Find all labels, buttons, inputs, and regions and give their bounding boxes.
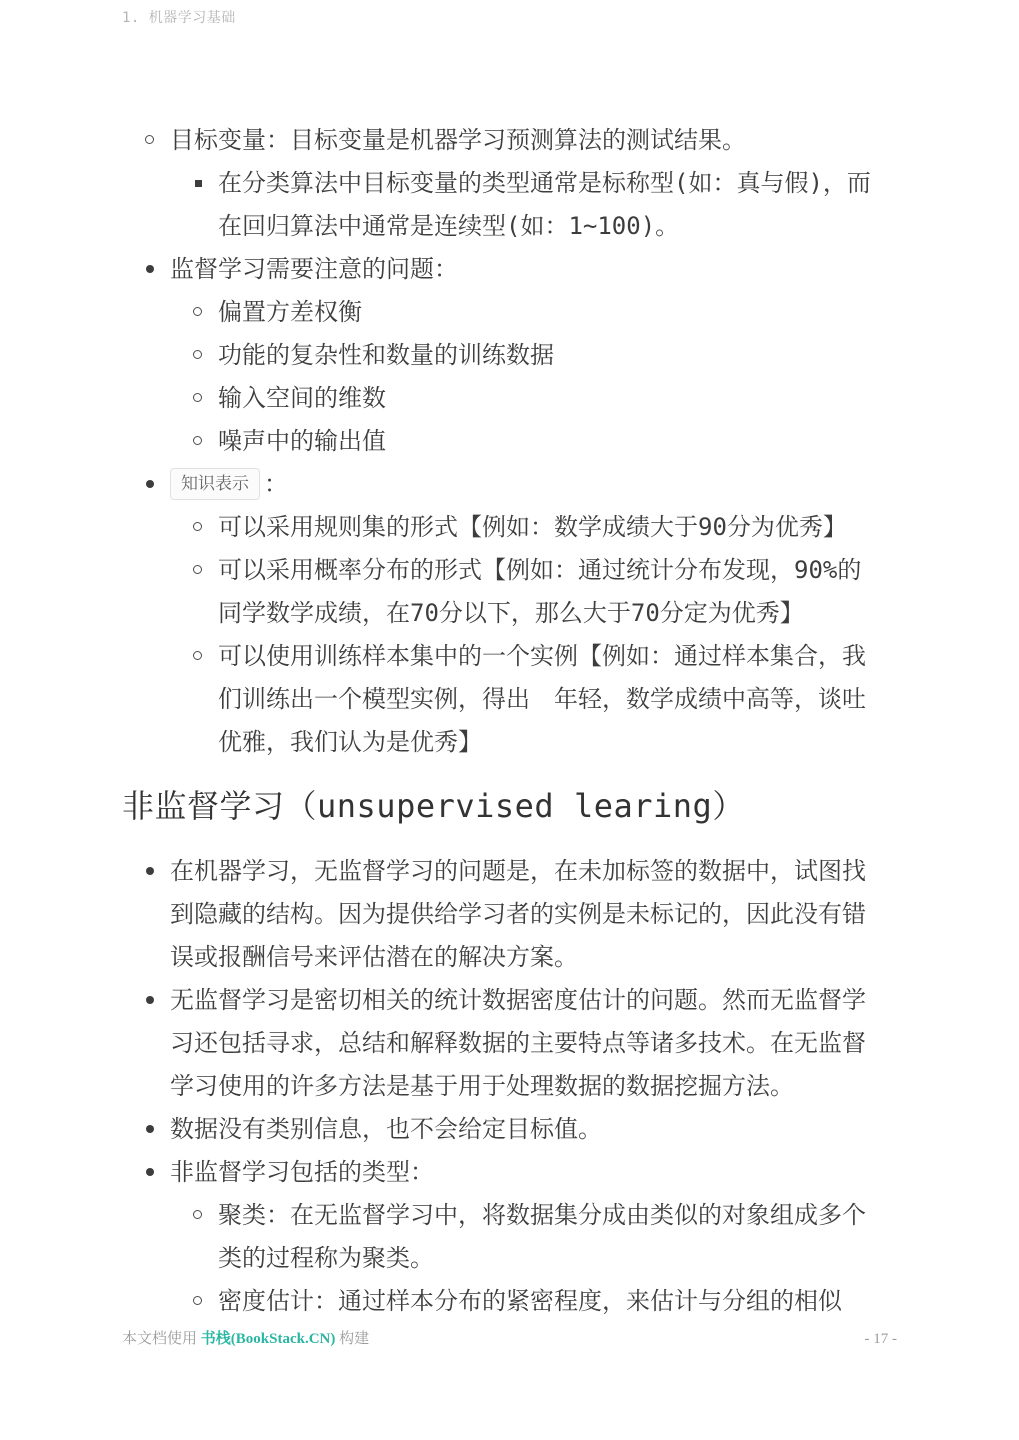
list-item-clustering: 聚类：在无监督学习中，将数据集分成由类似的对象组成多个类的过程称为聚类。 — [170, 1194, 874, 1280]
list-item-noise-output: 噪声中的输出值 — [170, 420, 874, 463]
list-item-rule-set: 可以采用规则集的形式【例如：数学成绩大于90分为优秀】 — [170, 506, 874, 549]
footer-suffix: 构建 — [335, 1331, 369, 1347]
list-item-text: 在分类算法中目标变量的类型通常是标称型(如：真与假)，而在回归算法中通常是连续型… — [218, 169, 871, 240]
list-item-bias-variance: 偏置方差权衡 — [170, 291, 874, 334]
list-item-unsupervised-types: 非监督学习包括的类型： 聚类：在无监督学习中，将数据集分成由类似的对象组成多个类… — [122, 1151, 874, 1323]
list-item-text: 非监督学习包括的类型： — [170, 1158, 434, 1186]
list-unsupervised-learning: 在机器学习，无监督学习的问题是，在未加标签的数据中，试图找到隐藏的结构。因为提供… — [122, 850, 874, 1323]
page-footer: 本文档使用 书栈(BookStack.CN) 构建 - 17 - — [122, 1328, 897, 1350]
inline-code-knowledge-representation: 知识表示 — [170, 468, 260, 500]
list-item-text: 输入空间的维数 — [218, 384, 386, 412]
page-number: - 17 - — [865, 1328, 898, 1350]
list-item-classification-regression: 在分类算法中目标变量的类型通常是标称型(如：真与假)，而在回归算法中通常是连续型… — [170, 162, 874, 248]
list-item-no-label-info: 数据没有类别信息，也不会给定目标值。 — [122, 1108, 874, 1151]
bookstack-link[interactable]: 书栈(BookStack.CN) — [201, 1331, 336, 1347]
list-target-variable: 目标变量：目标变量是机器学习预测算法的测试结果。 在分类算法中目标变量的类型通常… — [122, 119, 874, 248]
sublist-target-variable: 在分类算法中目标变量的类型通常是标称型(如：真与假)，而在回归算法中通常是连续型… — [170, 162, 874, 248]
page-header-breadcrumb: 1. 机器学习基础 — [122, 8, 236, 28]
list-item-text: 监督学习需要注意的问题： — [170, 255, 458, 283]
list-item-input-dimension: 输入空间的维数 — [170, 377, 874, 420]
list-item-text: 偏置方差权衡 — [218, 298, 362, 326]
footer-build-note: 本文档使用 书栈(BookStack.CN) 构建 — [122, 1328, 369, 1350]
list-item-unsupervised-problem: 在机器学习，无监督学习的问题是，在未加标签的数据中，试图找到隐藏的结构。因为提供… — [122, 850, 874, 979]
list-item-text: 密度估计：通过样本分布的紧密程度，来估计与分组的相似 — [218, 1287, 842, 1315]
section-heading-unsupervised-learning: 非监督学习（unsupervised learing） — [122, 786, 874, 826]
list-item-text: 功能的复杂性和数量的训练数据 — [218, 341, 554, 369]
list-item-knowledge-representation: 知识表示： 可以采用规则集的形式【例如：数学成绩大于90分为优秀】 可以采用概率… — [122, 463, 874, 764]
list-item-text: 目标变量：目标变量是机器学习预测算法的测试结果。 — [170, 126, 746, 154]
list-supervised-learning-notes: 监督学习需要注意的问题： 偏置方差权衡 功能的复杂性和数量的训练数据 输入空间的… — [122, 248, 874, 764]
list-item-density-estimation-relation: 无监督学习是密切相关的统计数据密度估计的问题。然而无监督学习还包括寻求，总结和解… — [122, 979, 874, 1108]
list-item-text: 噪声中的输出值 — [218, 427, 386, 455]
list-item-text: 可以采用规则集的形式【例如：数学成绩大于90分为优秀】 — [218, 513, 847, 541]
sublist-knowledge-representation: 可以采用规则集的形式【例如：数学成绩大于90分为优秀】 可以采用概率分布的形式【… — [170, 506, 874, 764]
list-item-supervised-issues: 监督学习需要注意的问题： 偏置方差权衡 功能的复杂性和数量的训练数据 输入空间的… — [122, 248, 874, 463]
list-item-text: 可以采用概率分布的形式【例如：通过统计分布发现，90%的同学数学成绩，在70分以… — [218, 556, 861, 627]
list-item-probability-distribution: 可以采用概率分布的形式【例如：通过统计分布发现，90%的同学数学成绩，在70分以… — [170, 549, 874, 635]
list-item-complexity-data: 功能的复杂性和数量的训练数据 — [170, 334, 874, 377]
footer-prefix: 本文档使用 — [122, 1331, 201, 1347]
sublist-supervised-issues: 偏置方差权衡 功能的复杂性和数量的训练数据 输入空间的维数 噪声中的输出值 — [170, 291, 874, 463]
list-item-text: 聚类：在无监督学习中，将数据集分成由类似的对象组成多个类的过程称为聚类。 — [218, 1201, 866, 1272]
list-item-density-estimation: 密度估计：通过样本分布的紧密程度，来估计与分组的相似 — [170, 1280, 874, 1323]
list-item-text: 在机器学习，无监督学习的问题是，在未加标签的数据中，试图找到隐藏的结构。因为提供… — [170, 857, 866, 971]
list-item-target-variable: 目标变量：目标变量是机器学习预测算法的测试结果。 在分类算法中目标变量的类型通常… — [122, 119, 874, 248]
sublist-unsupervised-types: 聚类：在无监督学习中，将数据集分成由类似的对象组成多个类的过程称为聚类。 密度估… — [170, 1194, 874, 1323]
list-item-text: ： — [264, 470, 288, 498]
list-item-text: 可以使用训练样本集中的一个实例【例如：通过样本集合，我们训练出一个模型实例，得出… — [218, 642, 866, 756]
list-item-training-sample-instance: 可以使用训练样本集中的一个实例【例如：通过样本集合，我们训练出一个模型实例，得出… — [170, 635, 874, 764]
document-body: 目标变量：目标变量是机器学习预测算法的测试结果。 在分类算法中目标变量的类型通常… — [122, 119, 874, 1323]
list-item-text: 无监督学习是密切相关的统计数据密度估计的问题。然而无监督学习还包括寻求，总结和解… — [170, 986, 866, 1100]
list-item-text: 数据没有类别信息，也不会给定目标值。 — [170, 1115, 602, 1143]
